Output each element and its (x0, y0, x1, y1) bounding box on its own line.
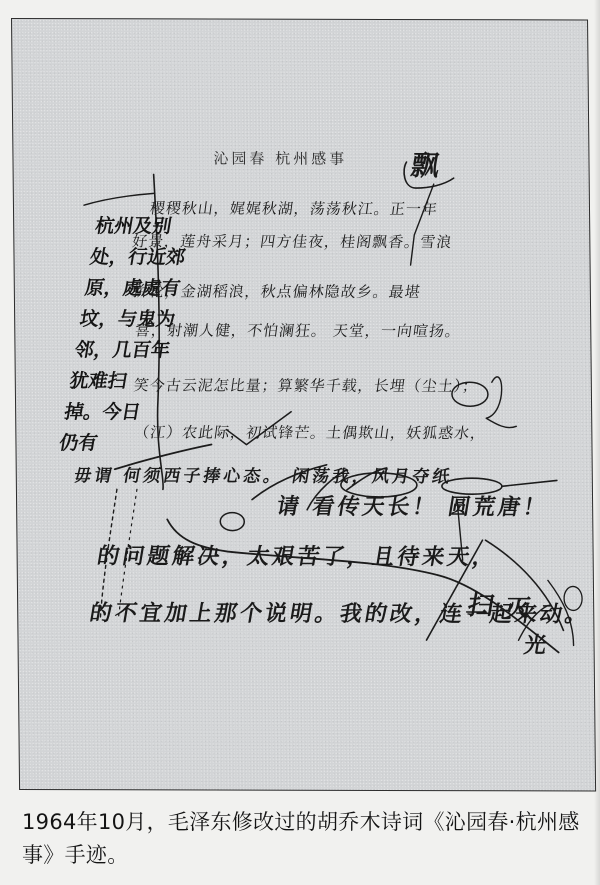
revision-line-3: 的问题解决，太艰苦了，且待来天， (95, 539, 500, 571)
correction-sao: 扫 (465, 585, 500, 622)
manuscript-photo: 沁园春 杭州感事 飘 杭州及别 处，行近郊 原，處處有 坟，与鬼为 邻，几百年 … (11, 18, 596, 792)
manuscript-line-4: 喜，射潮人健，不怕澜狂。 天堂，一向喧扬。 (134, 319, 463, 341)
revision-line-1: 毋谓 何须西子捧心态。 闲荡我，风月夺纸 (73, 461, 455, 487)
manuscript-title: 沁园春 杭州感事 (213, 148, 347, 169)
photo-caption: 1964年10月，毛泽东修改过的胡乔木诗词《沁园春·杭州感事》手迹。 (22, 806, 587, 872)
title-correction: 飘 (408, 144, 446, 184)
manuscript-line-6: （江）农此际，初试锋芒。土偶欺山，妖狐惑水， (133, 421, 488, 443)
manuscript-line-5: 笑今古云泥怎比量；算繁华千载，长埋（尘土）； (132, 374, 479, 396)
manuscript-line-2: 好景，莲舟采月；四方佳夜，桂阁飘香。雪浪 (131, 230, 454, 252)
manuscript-line-3: 拚轮，金湖稻浪，秋点偏林隐故乡。最堪 (131, 280, 422, 302)
correction-mie: 灭 (503, 588, 536, 623)
revision-line-2: 请 看传天长！ 圆荒唐！ (275, 490, 551, 522)
manuscript-line-1: 稷稷秋山，娓娓秋湖，荡荡秋江。正一年 (149, 197, 440, 219)
correction-guang: 光 (522, 628, 552, 659)
